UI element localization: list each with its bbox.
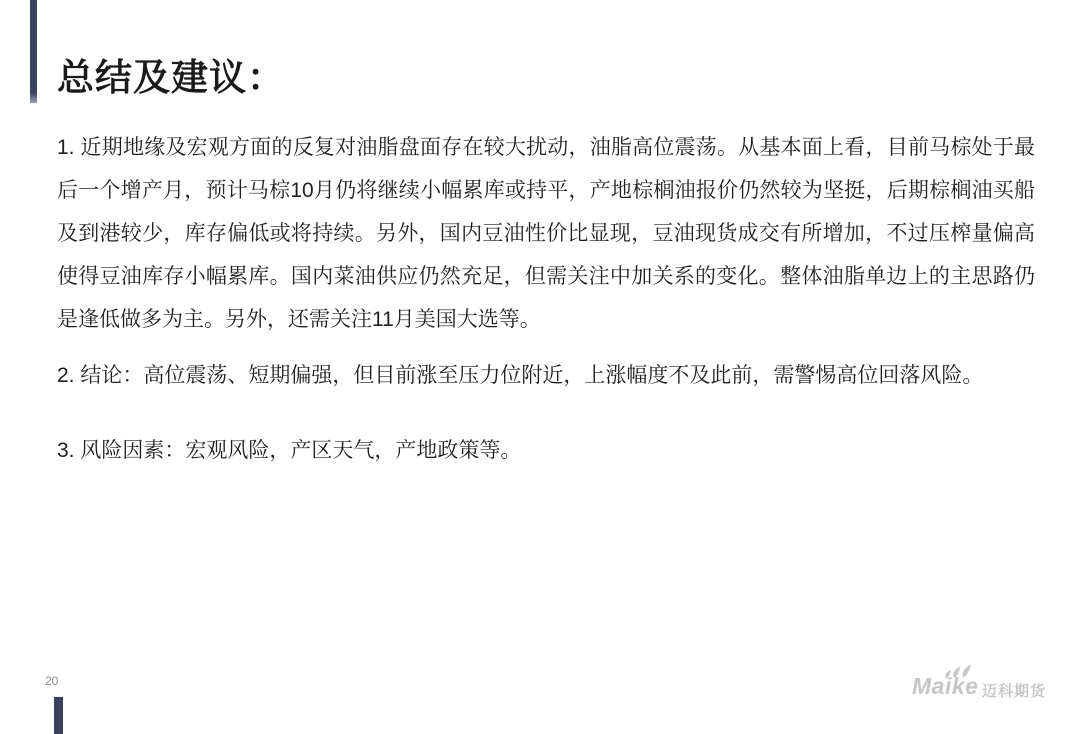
slide-summary-page: 总结及建议： 1. 近期地缘及宏观方面的反复对油脂盘面存在较大扰动，油脂高位震荡… [0,0,1080,734]
conclusion-paragraph: 2. 结论：高位震荡、短期偏强，但目前涨至压力位附近，上涨幅度不及此前，需警惕高… [57,354,1035,397]
logo-brand-text: Maike [912,673,978,700]
footer-accent-bar [54,697,63,734]
logo-brand-cn-text: 迈科期货 [982,680,1046,701]
risk-factors-paragraph: 3. 风险因素：宏观风险，产区天气，产地政策等。 [57,429,1035,472]
title-accent-bar [30,0,37,103]
page-number: 20 [45,674,58,688]
page-title: 总结及建议： [57,56,285,100]
summary-paragraph: 1. 近期地缘及宏观方面的反复对油脂盘面存在较大扰动，油脂高位震荡。从基本面上看… [57,126,1035,341]
